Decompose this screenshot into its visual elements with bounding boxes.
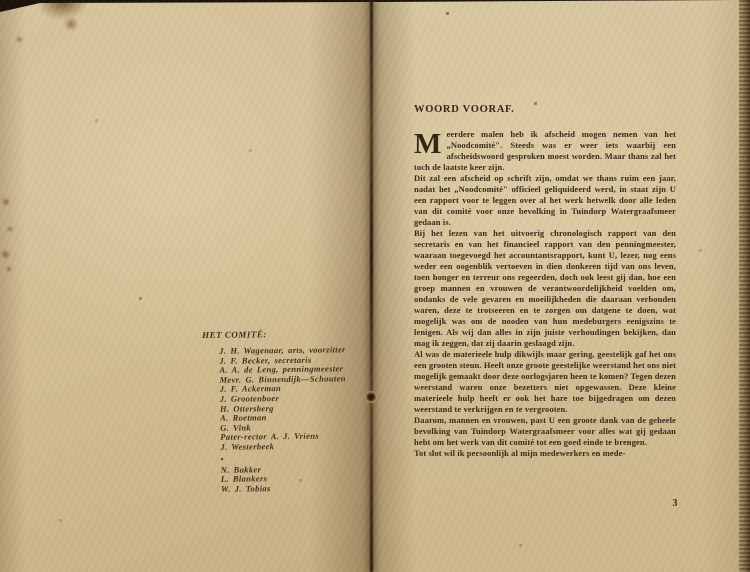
stain <box>16 36 23 43</box>
stain <box>6 266 12 272</box>
stain <box>64 16 78 32</box>
page-edges <box>739 0 750 572</box>
committee-list-addendum: N. Bakker L. Blankers W. J. Tobias <box>204 464 370 495</box>
stain <box>1 250 10 259</box>
page-title: WOORD VOORAF. <box>414 104 676 116</box>
committee-member: W. J. Tobias <box>221 483 370 494</box>
stain <box>2 198 10 206</box>
paragraph: Al was de materieele hulp dikwijls maar … <box>414 349 676 415</box>
committee-list: J. H. Wagenaar, arts, voorzitter J. F. B… <box>202 345 369 453</box>
paragraph: Meerdere malen heb ik afscheid mogen nem… <box>414 129 676 173</box>
page-number: 3 <box>666 498 684 509</box>
book-scan: HET COMITÉ: J. H. Wagenaar, arts, voorzi… <box>0 0 750 572</box>
committee-member: J. Westerbeek <box>220 441 369 452</box>
drop-cap: M <box>414 129 446 159</box>
foreword-block: WOORD VOORAF. Meerdere malen heb ik afsc… <box>414 104 676 459</box>
stain <box>36 0 91 23</box>
paragraph-text: eerdere malen heb ik afscheid mogen neme… <box>414 129 676 172</box>
stain <box>7 226 13 232</box>
committee-heading: HET COMITÉ: <box>202 328 368 340</box>
paper-speckles <box>0 0 1 1</box>
paragraph: Dit zal een afscheid op schrift zijn, om… <box>414 173 676 228</box>
paragraph: Daarom, mannen en vrouwen, past U een gr… <box>414 415 676 448</box>
bullet-separator: • <box>204 453 370 465</box>
committee-block: HET COMITÉ: J. H. Wagenaar, arts, voorzi… <box>202 328 370 494</box>
left-page: HET COMITÉ: J. H. Wagenaar, arts, voorzi… <box>0 0 372 572</box>
paragraph: Tot slot wil ik persoonlijk al mijn mede… <box>414 448 676 459</box>
paragraph: Bij het lezen van het uitvoerig chronolo… <box>414 228 676 349</box>
